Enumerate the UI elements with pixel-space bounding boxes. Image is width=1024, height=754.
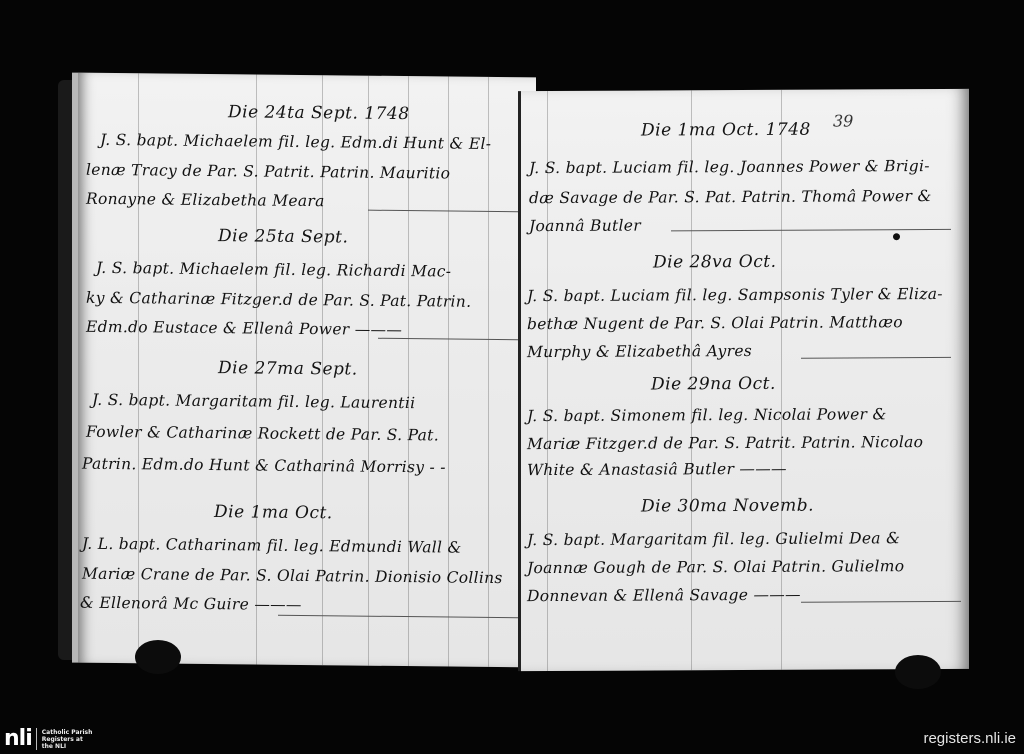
entry-line: J. S. bapt. Simonem fil. leg. Nicolai Po…	[527, 405, 887, 425]
entry-line: Mariæ Fitzger.d de Par. S. Patrit. Patri…	[527, 433, 923, 453]
entry-date: Die 1ma Oct. 1748	[641, 120, 811, 141]
entry-date: Die 27ma Sept.	[218, 358, 358, 379]
entry-line: lenæ Tracy de Par. S. Patrit. Patrin. Ma…	[86, 161, 450, 183]
entry-line: ky & Catharinæ Fitzger.d de Par. S. Pat.…	[86, 289, 471, 311]
entry-line: Ronayne & Elizabetha Meara	[86, 190, 325, 210]
nli-logo: nli Catholic Parish Registers at the NLI	[4, 728, 92, 750]
entry-separator	[801, 601, 961, 603]
entry-line: J. S. bapt. Margaritam fil. leg. Gulielm…	[527, 529, 900, 549]
entry-line: Edm.do Eustace & Ellenâ Power ———	[86, 318, 402, 339]
page-number: 39	[833, 111, 853, 130]
entry-line: J. S. bapt. Michaelem fil. leg. Richardi…	[96, 259, 451, 281]
entry-date: Die 25ta Sept.	[218, 226, 348, 247]
ink-blot	[893, 233, 900, 240]
binding-clip	[895, 655, 941, 689]
logo-text-line: Catholic Parish	[42, 729, 93, 736]
entry-line: J. S. bapt. Luciam fil. leg. Sampsonis T…	[527, 285, 943, 305]
entry-line: Donnevan & Ellenâ Savage ———	[527, 586, 801, 605]
scanned-register-image: Die 24ta Sept. 1748 J. S. bapt. Michaele…	[0, 0, 1024, 754]
entry-line: & Ellenorâ Mc Guire ———	[80, 594, 302, 614]
page-ruling	[781, 90, 782, 670]
entry-line: dæ Savage de Par. S. Pat. Patrin. Thomâ …	[529, 187, 932, 207]
entry-date: Die 28va Oct.	[653, 252, 777, 273]
logo-text-line: the NLI	[42, 743, 93, 750]
entry-date: Die 1ma Oct.	[214, 502, 333, 523]
entry-separator	[368, 210, 518, 213]
binding-clip	[135, 640, 181, 674]
entry-line: J. S. bapt. Margaritam fil. leg. Laurent…	[92, 391, 415, 412]
entry-line: Joannâ Butler	[529, 217, 641, 236]
entry-date: Die 24ta Sept. 1748	[228, 102, 410, 124]
entry-line: J. S. bapt. Michaelem fil. leg. Edm.di H…	[100, 131, 491, 153]
entry-line: White & Anastasiâ Butler ———	[527, 460, 787, 479]
entry-line: Patrin. Edm.do Hunt & Catharinâ Morrisy …	[82, 455, 446, 477]
entry-date: Die 30ma Novemb.	[641, 496, 814, 517]
entry-separator	[278, 615, 518, 619]
site-url: registers.nli.ie	[923, 730, 1016, 747]
entry-line: Fowler & Catharinæ Rockett de Par. S. Pa…	[86, 423, 439, 445]
entry-line: Joannæ Gough de Par. S. Olai Patrin. Gul…	[527, 557, 904, 577]
entry-separator	[671, 229, 951, 231]
entry-line: Murphy & Elizabethâ Ayres	[527, 342, 752, 361]
entry-date: Die 29na Oct.	[651, 374, 776, 395]
entry-line: Mariæ Crane de Par. S. Olai Patrin. Dion…	[82, 565, 503, 587]
entry-line: J. S. bapt. Luciam fil. leg. Joannes Pow…	[529, 157, 930, 177]
logo-text-line: Registers at	[42, 736, 93, 743]
left-page: Die 24ta Sept. 1748 J. S. bapt. Michaele…	[72, 73, 536, 668]
entry-separator	[801, 357, 951, 359]
page-ruling	[547, 91, 548, 671]
right-page: 39 Die 1ma Oct. 1748 J. S. bapt. Luciam …	[518, 89, 969, 671]
nli-logo-text: Catholic Parish Registers at the NLI	[42, 729, 93, 750]
nli-logo-mark: nli	[4, 728, 37, 750]
entry-line: bethæ Nugent de Par. S. Olai Patrin. Mat…	[527, 313, 903, 333]
